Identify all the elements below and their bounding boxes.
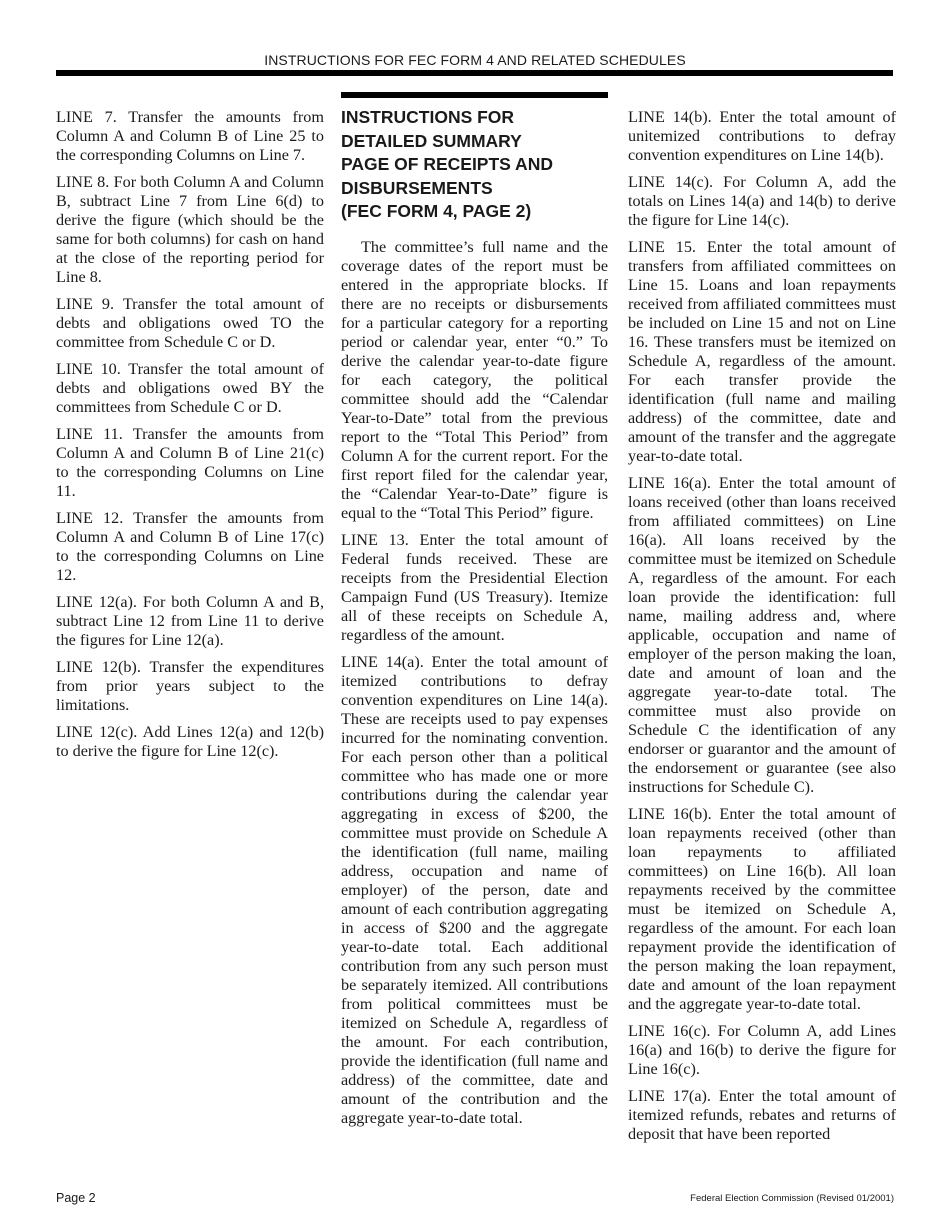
intro-paragraph: The committee’s full name and the covera…: [341, 238, 608, 523]
instruction-line-16c: LINE 16(c). For Column A, add Lines 16(a…: [628, 1022, 896, 1079]
page-header-title: INSTRUCTIONS FOR FEC FORM 4 AND RELATED …: [0, 52, 950, 68]
page-number: Page 2: [56, 1191, 96, 1205]
instruction-line-8: LINE 8. For both Column A and Column B, …: [56, 173, 324, 287]
section-heading: INSTRUCTIONS FOR DETAILED SUMMARY PAGE O…: [341, 106, 608, 224]
instruction-line-15: LINE 15. Enter the total amount of trans…: [628, 238, 896, 466]
instruction-line-10: LINE 10. Transfer the total amount of de…: [56, 360, 324, 417]
section-heading-line: (FEC FORM 4, PAGE 2): [341, 201, 531, 221]
section-heading-line: PAGE OF RECEIPTS AND: [341, 154, 553, 174]
instruction-line-12: LINE 12. Transfer the amounts from Colum…: [56, 509, 324, 585]
section-heading-line: DISBURSEMENTS: [341, 178, 493, 198]
instruction-line-17a: LINE 17(a). Enter the total amount of it…: [628, 1087, 896, 1144]
instruction-line-11: LINE 11. Transfer the amounts from Colum…: [56, 425, 324, 501]
instruction-line-16b: LINE 16(b). Enter the total amount of lo…: [628, 805, 896, 1014]
header-rule-divider: [56, 70, 893, 76]
instruction-line-12c: LINE 12(c). Add Lines 12(a) and 12(b) to…: [56, 723, 324, 761]
instruction-line-14a: LINE 14(a). Enter the total amount of it…: [341, 653, 608, 1128]
middle-column: INSTRUCTIONS FOR DETAILED SUMMARY PAGE O…: [341, 92, 608, 1136]
instruction-line-14c: LINE 14(c). For Column A, add the totals…: [628, 173, 896, 230]
section-rule-divider: [341, 92, 608, 98]
instruction-line-12a: LINE 12(a). For both Column A and B, sub…: [56, 593, 324, 650]
section-heading-line: DETAILED SUMMARY: [341, 131, 522, 151]
publisher-note: Federal Election Commission (Revised 01/…: [690, 1193, 894, 1204]
instruction-line-7: LINE 7. Transfer the amounts from Column…: [56, 108, 324, 165]
left-column: LINE 7. Transfer the amounts from Column…: [56, 108, 324, 769]
instruction-line-13: LINE 13. Enter the total amount of Feder…: [341, 531, 608, 645]
instruction-line-14b: LINE 14(b). Enter the total amount of un…: [628, 108, 896, 165]
instruction-line-12b: LINE 12(b). Transfer the expenditures fr…: [56, 658, 324, 715]
instruction-line-16a: LINE 16(a). Enter the total amount of lo…: [628, 474, 896, 797]
right-column: LINE 14(b). Enter the total amount of un…: [628, 108, 896, 1152]
instruction-line-9: LINE 9. Transfer the total amount of deb…: [56, 295, 324, 352]
section-heading-line: INSTRUCTIONS FOR: [341, 107, 514, 127]
